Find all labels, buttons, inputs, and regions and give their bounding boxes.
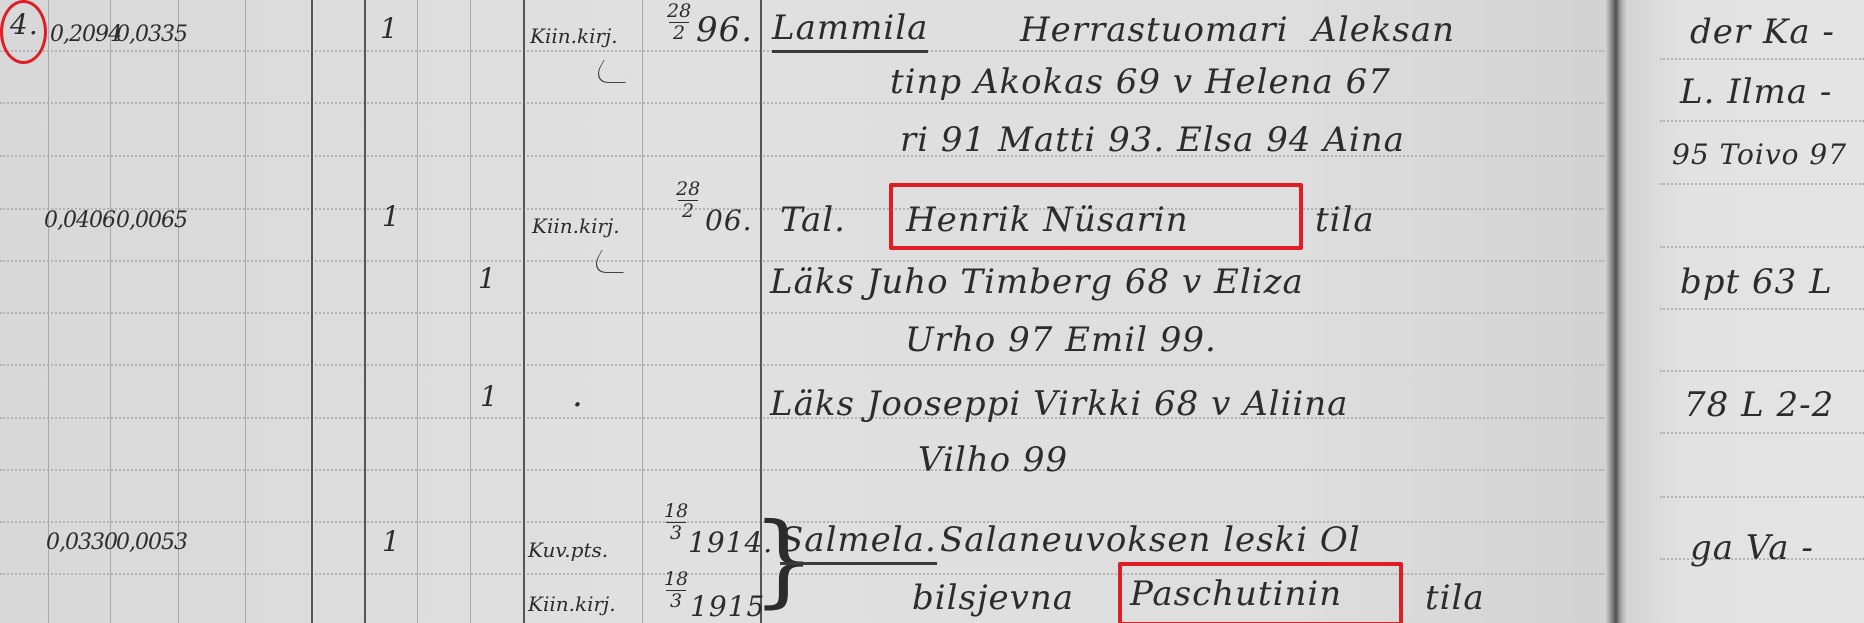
count-mark: 1 <box>382 525 401 558</box>
tenant-text-line: Läks Jooseppi Virkki 68 v Aliina <box>770 384 1348 424</box>
area-value-1: 0,0406 <box>44 208 115 233</box>
owner-text-prefix: bilsjevna <box>912 578 1074 618</box>
owner-text-line: ri 91 Matti 93. Elsa 94 Aina <box>900 120 1405 160</box>
red-box-annotation-henrik <box>889 183 1303 250</box>
count-mark-2: 1 <box>480 380 499 413</box>
date-fraction: 28 2 <box>667 2 691 43</box>
estate-name: Salmela. <box>780 520 937 565</box>
deed-type: Kuv.pts. <box>528 538 608 562</box>
deed-type: Kiin.kirj. <box>528 592 616 616</box>
date-year: 06. <box>705 204 753 237</box>
date-year: 96. <box>696 10 753 50</box>
red-circle-annotation <box>0 0 47 64</box>
date-fraction: 28 2 <box>676 180 700 221</box>
tenant-text-line: Vilho 99 <box>918 440 1068 480</box>
area-value-1: 0,2094 <box>50 22 121 47</box>
area-value-1: 0,0330 <box>46 530 117 555</box>
tenant-text-line: Läks Juho Timberg 68 v Eliza <box>770 262 1304 302</box>
estate-suffix: tila <box>1315 200 1375 240</box>
right-page-line: der Ka - <box>1690 12 1835 52</box>
area-value-2: 0,0335 <box>116 22 187 47</box>
deed-type: Kiin.kirj. <box>532 214 620 238</box>
tenant-text-line: Urho 97 Emil 99. <box>905 320 1217 360</box>
right-page-line: 78 L 2-2 <box>1684 385 1834 425</box>
count-mark: 1 <box>380 12 399 45</box>
right-page-line: 95 Toivo 97 <box>1672 138 1847 171</box>
owner-text-line: tinp Akokas 69 v Helena 67 <box>890 62 1391 102</box>
right-page-line: L. Ilma - <box>1680 72 1832 112</box>
date-fraction: 18 3 <box>664 502 688 543</box>
red-box-annotation-paschutinin <box>1118 562 1403 623</box>
deed-type: Kiin.kirj. <box>530 24 618 48</box>
ditto-mark: . <box>572 375 584 415</box>
count-mark: 1 <box>382 200 401 233</box>
owner-prefix: Tal. <box>780 200 846 240</box>
area-value-2: 0,0053 <box>116 530 187 555</box>
estate-suffix: tila <box>1425 578 1485 618</box>
right-page-line: bpt 63 L <box>1680 262 1833 302</box>
right-page-line: ga Va - <box>1690 528 1814 568</box>
count-mark-2: 1 <box>478 262 497 295</box>
book-binding-gutter <box>1606 0 1628 623</box>
estate-name: Lammila <box>772 8 928 53</box>
owner-text-line: Herrastuomari Aleksan <box>1020 10 1455 50</box>
date-fraction: 18 3 <box>664 570 688 611</box>
owner-text-line: Salaneuvoksen leski Ol <box>940 520 1361 560</box>
area-value-2: 0,0065 <box>116 208 187 233</box>
